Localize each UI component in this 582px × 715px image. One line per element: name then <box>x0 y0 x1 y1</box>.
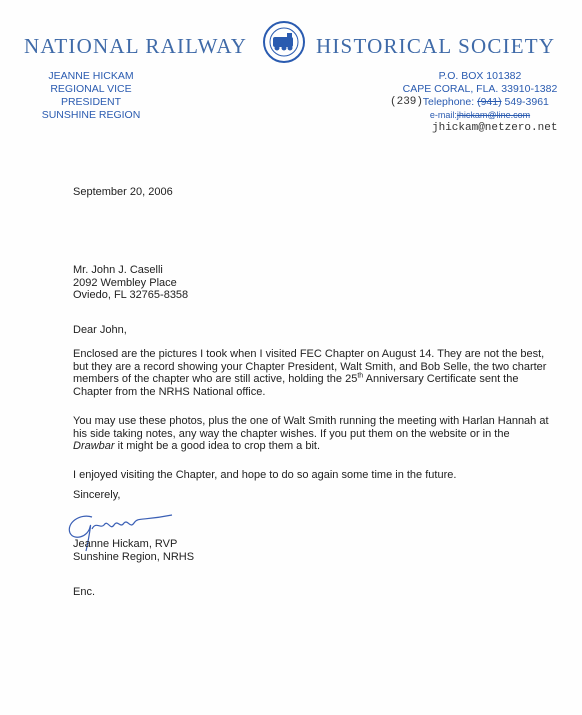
phone-new-area: (239) <box>390 96 423 108</box>
signer-block: Jeanne Hickam, RVP Sunshine Region, NRHS <box>73 538 194 563</box>
drawbar-title: Drawbar <box>73 440 115 452</box>
city-line: CAPE CORAL, FLA. 33910-1382 <box>390 83 570 96</box>
letterhead-org-left: NATIONAL RAILWAY <box>24 34 247 59</box>
phone-number: 549-3961 <box>502 96 549 108</box>
recipient-name: Mr. John J. Caselli <box>73 264 188 277</box>
signer-name: Jeanne Hickam, RVP <box>73 538 194 551</box>
email-line: e-mail:jhickam@line.com <box>390 109 570 122</box>
recipient-address: Mr. John J. Caselli 2092 Wembley Place O… <box>73 264 188 302</box>
sender-block: JEANNE HICKAM REGIONAL VICE PRESIDENT SU… <box>22 70 160 122</box>
sender-name: JEANNE HICKAM <box>22 70 160 83</box>
phone-old-area: (941) <box>477 96 502 108</box>
enclosure-note: Enc. <box>73 586 95 599</box>
email-new: jhickam@netzero.net <box>432 122 557 134</box>
letterhead-org-right: HISTORICAL SOCIETY <box>316 34 555 59</box>
letter-date: September 20, 2006 <box>73 186 173 199</box>
paragraph-2: You may use these photos, plus the one o… <box>73 415 553 453</box>
recipient-city: Oviedo, FL 32765-8358 <box>73 289 188 302</box>
email-old: jhickam@line.com <box>457 110 530 120</box>
signer-org: Sunshine Region, NRHS <box>73 551 194 564</box>
recipient-street: 2092 Wembley Place <box>73 277 188 290</box>
paragraph-3: I enjoyed visiting the Chapter, and hope… <box>73 469 553 482</box>
po-box: P.O. BOX 101382 <box>390 70 570 83</box>
nrhs-locomotive-seal-icon <box>262 20 306 64</box>
paragraph-1: Enclosed are the pictures I took when I … <box>73 348 553 398</box>
salutation: Dear John, <box>73 324 127 337</box>
sender-region: SUNSHINE REGION <box>22 109 160 122</box>
sender-title: REGIONAL VICE PRESIDENT <box>22 83 160 109</box>
closing: Sincerely, <box>73 489 120 502</box>
